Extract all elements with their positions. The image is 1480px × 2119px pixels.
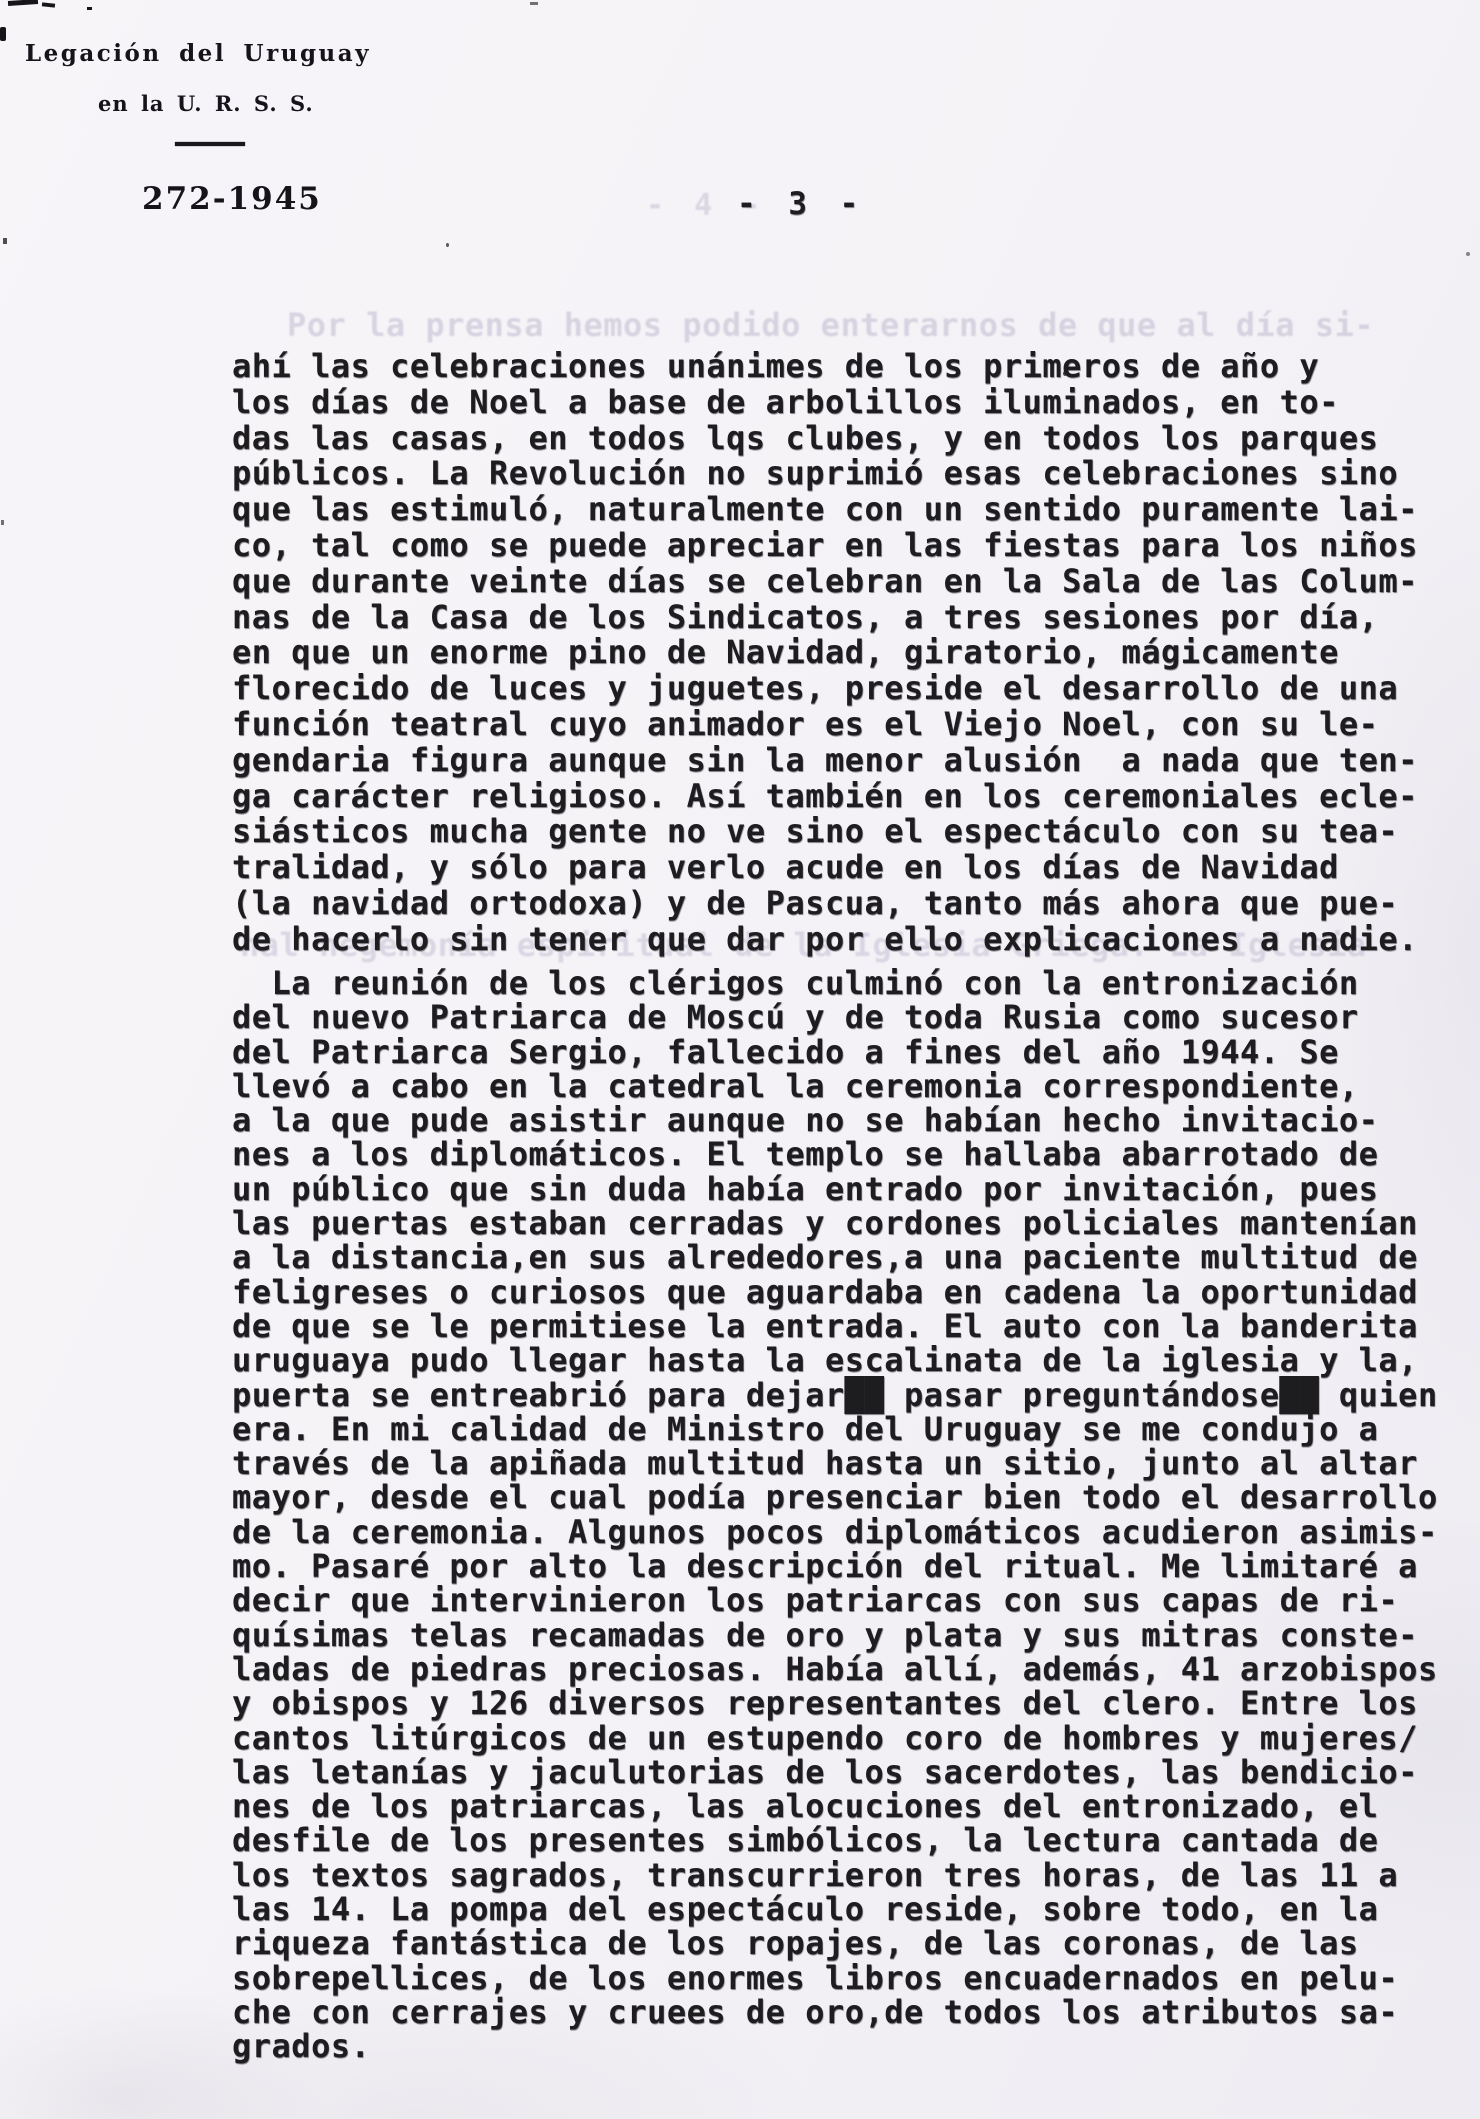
typed-line: las letanías y jaculutorias de los sacer… — [232, 1755, 1438, 1789]
typed-line: públicos. La Revolución no suprimió esas… — [232, 456, 1418, 492]
typed-line: del nuevo Patriarca de Moscú y de toda R… — [232, 1000, 1438, 1034]
paragraph-enthronement: La reunión de los clérigos culminó con l… — [232, 966, 1438, 2064]
typed-line: del Patriarca Sergio, fallecido a fines … — [232, 1035, 1438, 1069]
typed-line: ga carácter religioso. Así también en lo… — [232, 779, 1418, 815]
document-file-number: 272-1945 — [142, 181, 322, 217]
scan-artifact — [87, 7, 92, 10]
typed-line: La reunión de los clérigos culminó con l… — [232, 966, 1438, 1000]
typed-line: nes de los patriarcas, las alocuciones d… — [232, 1789, 1438, 1823]
scan-artifact — [530, 2, 538, 5]
letterhead-org-name: Legación del Uruguay — [25, 40, 371, 67]
typed-line: feligreses o curiosos que aguardaba en c… — [232, 1275, 1438, 1309]
typed-line: das las casas, en todos lqs clubes, y en… — [232, 421, 1418, 457]
typed-line: y obispos y 126 diversos representantes … — [232, 1686, 1438, 1720]
typed-line: a la distancia,en sus alrededores,a una … — [232, 1240, 1438, 1274]
typed-line: través de la apiñada multitud hasta un s… — [232, 1446, 1438, 1480]
typed-line: che con cerrajes y cruees de oro,de todo… — [232, 1995, 1438, 2029]
typed-line: que las estimuló, naturalmente con un se… — [232, 492, 1418, 528]
typed-line: nas de la Casa de los Sindicatos, a tres… — [232, 600, 1418, 636]
scan-artifact — [3, 238, 7, 244]
typed-line: riqueza fantástica de los ropajes, de la… — [232, 1926, 1438, 1960]
typed-line: las 14. La pompa del espectáculo reside,… — [232, 1892, 1438, 1926]
typed-line: un público que sin duda había entrado po… — [232, 1172, 1438, 1206]
typed-line: florecido de luces y juguetes, preside e… — [232, 671, 1418, 707]
typed-line: desfile de los presentes simbólicos, la … — [232, 1823, 1438, 1857]
typed-line: puerta se entreabrió para dejar██ pasar … — [232, 1378, 1438, 1412]
typed-line: mo. Pasaré por alto la descripción del r… — [232, 1549, 1438, 1583]
letterhead-rule — [175, 142, 245, 146]
typed-line: los días de Noel a base de arbolillos il… — [232, 385, 1418, 421]
scan-artifact — [446, 243, 449, 247]
typed-line: cantos litúrgicos de un estupendo coro d… — [232, 1721, 1438, 1755]
typed-line: gendaria figura aunque sin la menor alus… — [232, 743, 1418, 779]
typed-line: en que un enorme pino de Navidad, girato… — [232, 635, 1418, 671]
typed-line: ahí las celebraciones unánimes de los pr… — [232, 349, 1418, 385]
typed-line: grados. — [232, 2029, 1438, 2063]
typed-line: sobrepellices, de los enormes libros enc… — [232, 1961, 1438, 1995]
typed-line: mayor, desde el cual podía presenciar bi… — [232, 1480, 1438, 1514]
typed-line: de que se le permitiese la entrada. El a… — [232, 1309, 1438, 1343]
typed-line: ladas de piedras preciosas. Había allí, … — [232, 1652, 1438, 1686]
bleedthrough-text-line: Por la prensa hemos podido enterarnos de… — [287, 306, 1374, 344]
scan-artifact — [42, 2, 55, 7]
scanned-document-page: Legación del Uruguay en la U. R. S. S. 2… — [0, 0, 1480, 2119]
page-number: - 3 - — [737, 186, 865, 222]
scan-artifact — [8, 0, 38, 6]
typed-line: de la ceremonia. Algunos pocos diplomáti… — [232, 1515, 1438, 1549]
typed-line: las puertas estaban cerradas y cordones … — [232, 1206, 1438, 1240]
typed-line: siásticos mucha gente no ve sino el espe… — [232, 814, 1418, 850]
typed-line: quísimas telas recamadas de oro y plata … — [232, 1618, 1438, 1652]
typed-line: llevó a cabo en la catedral la ceremonia… — [232, 1069, 1438, 1103]
typed-line: a la que pude asistir aunque no se había… — [232, 1103, 1438, 1137]
typed-line: función teatral cuyo animador es el Viej… — [232, 707, 1418, 743]
scan-artifact — [0, 27, 6, 41]
scan-artifact — [1, 520, 4, 525]
typed-line: co, tal como se puede apreciar en las fi… — [232, 528, 1418, 564]
typed-line: de hacerlo sin tener que dar por ello ex… — [232, 922, 1418, 958]
typed-line: nes a los diplomáticos. El templo se hal… — [232, 1137, 1438, 1171]
typed-line: que durante veinte días se celebran en l… — [232, 564, 1418, 600]
paragraph-celebrations: ahí las celebraciones unánimes de los pr… — [232, 349, 1418, 958]
letterhead-org-location: en la U. R. S. S. — [98, 91, 314, 116]
typed-line: uruguaya pudo llegar hasta la escalinata… — [232, 1343, 1438, 1377]
typed-line: los textos sagrados, transcurrieron tres… — [232, 1858, 1438, 1892]
typed-line: tralidad, y sólo para verlo acude en los… — [232, 850, 1418, 886]
typed-line: (la navidad ortodoxa) y de Pascua, tanto… — [232, 886, 1418, 922]
typed-line: era. En mi calidad de Ministro del Urugu… — [232, 1412, 1438, 1446]
typed-line: decir que intervinieron los patriarcas c… — [232, 1583, 1438, 1617]
scan-artifact — [1466, 252, 1470, 256]
